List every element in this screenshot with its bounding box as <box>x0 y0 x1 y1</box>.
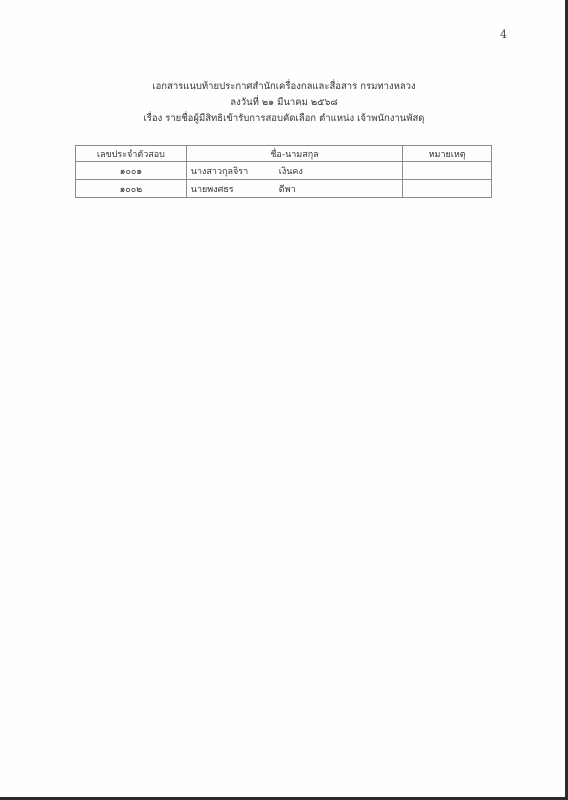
table-header-row: เลขประจำตัวสอบ ชื่อ-นามสกุล หมายเหตุ <box>76 146 492 162</box>
name-cell: นายพงศธรดีพา <box>186 180 402 198</box>
last-name: ดีพา <box>279 185 296 195</box>
column-header-exam-id: เลขประจำตัวสอบ <box>76 146 187 162</box>
column-header-name: ชื่อ-นามสกุล <box>186 146 402 162</box>
remark-cell <box>403 180 492 198</box>
first-name: นายพงศธร <box>191 182 279 196</box>
exam-id-cell: ๑๐๐๑ <box>76 162 187 180</box>
remark-cell <box>403 162 492 180</box>
column-header-remark: หมายเหตุ <box>403 146 492 162</box>
document-date: ลงวันที่ ๒๑ มีนาคม ๒๕๖๘ <box>0 95 568 110</box>
exam-id-cell: ๑๐๐๒ <box>76 180 187 198</box>
document-page: 4 เอกสารแนบท้ายประกาศสำนักเครื่องกลและสื… <box>0 0 568 800</box>
name-cell: นางสาวกุลจิราเงินคง <box>186 162 402 180</box>
page-number: 4 <box>500 28 507 41</box>
last-name: เงินคง <box>279 167 303 177</box>
candidate-table: เลขประจำตัวสอบ ชื่อ-นามสกุล หมายเหตุ ๑๐๐… <box>75 145 492 198</box>
document-subject: เรื่อง รายชื่อผู้มีสิทธิเข้ารับการสอบคัด… <box>0 111 568 126</box>
table-row: ๑๐๐๑ นางสาวกุลจิราเงินคง <box>76 162 492 180</box>
first-name: นางสาวกุลจิรา <box>191 164 279 178</box>
table-row: ๑๐๐๒ นายพงศธรดีพา <box>76 180 492 198</box>
document-title: เอกสารแนบท้ายประกาศสำนักเครื่องกลและสื่อ… <box>0 79 568 94</box>
